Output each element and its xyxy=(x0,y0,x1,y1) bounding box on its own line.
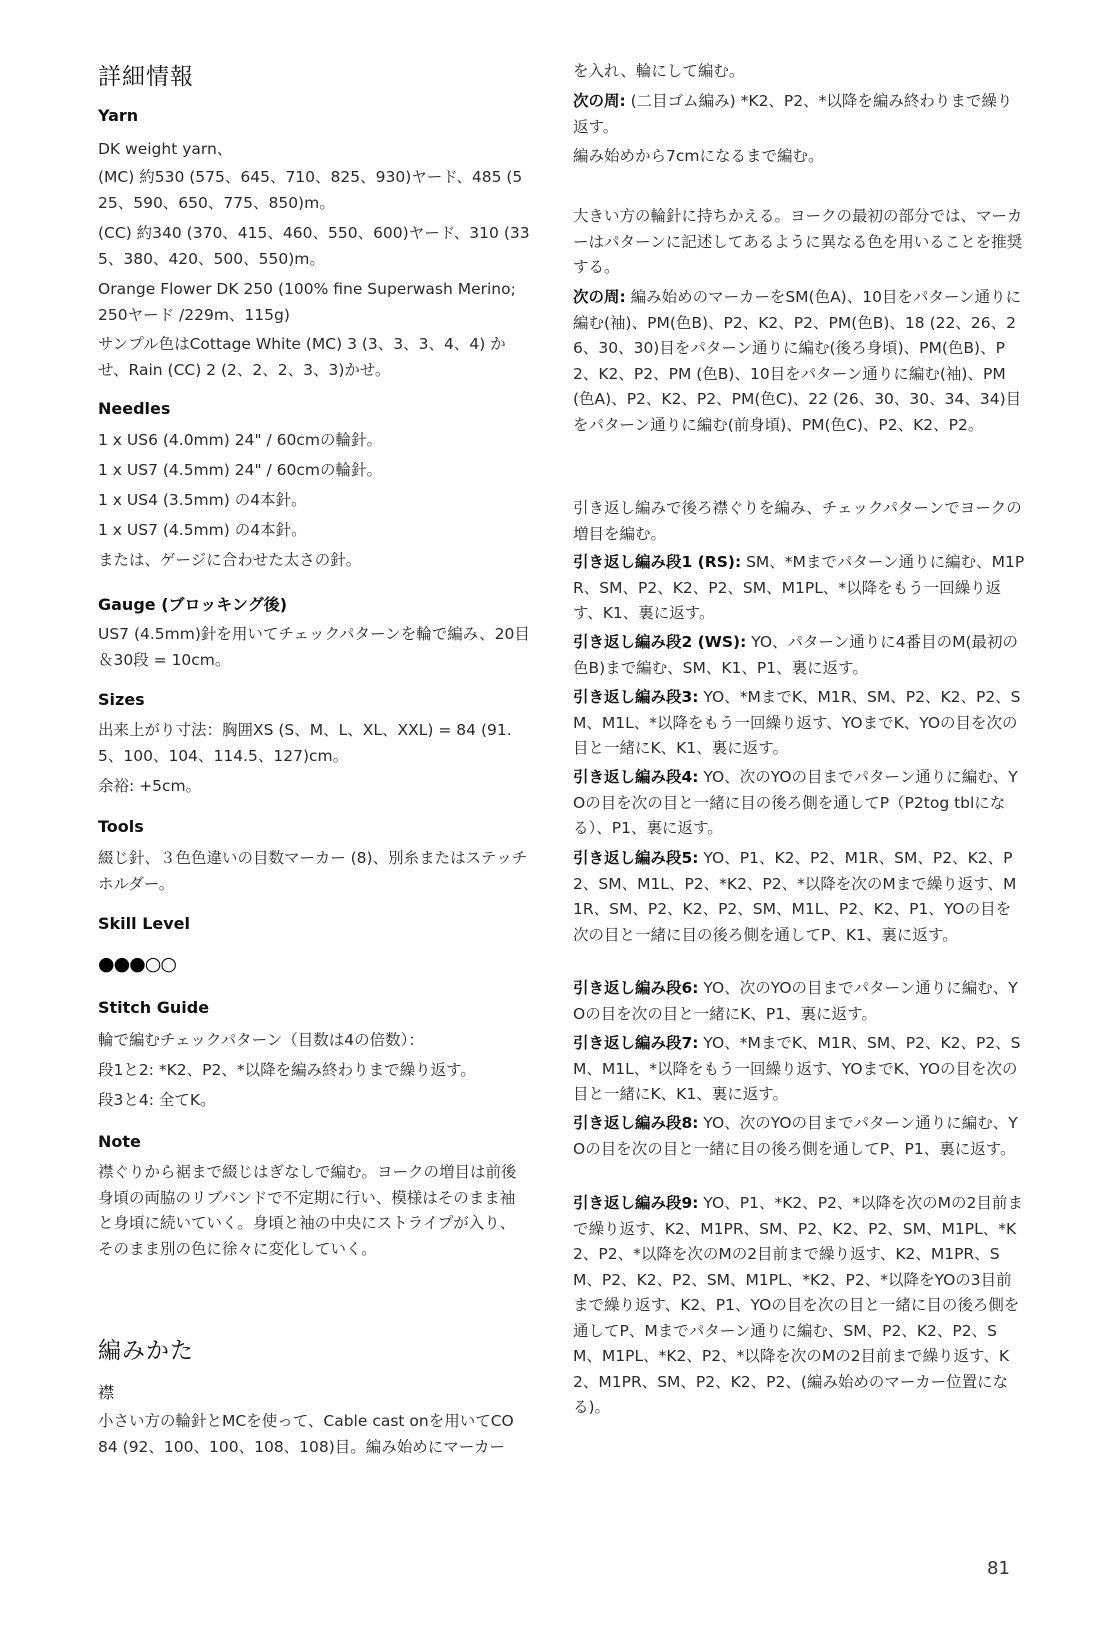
row-label: 引き返し編み段4: xyxy=(573,768,698,786)
tools-line: 綴じ針、３色色違いの目数マーカー (8)、別糸またはステッチホルダー。 xyxy=(98,846,530,897)
yarn-line: (MC) 約530 (575、645、710、825、930)ヤード、485 (… xyxy=(98,165,530,216)
page-number: 81 xyxy=(987,1558,1010,1579)
stitch-guide-line: 段3と4: 全てK。 xyxy=(98,1088,530,1114)
heading-note: Note xyxy=(98,1132,141,1151)
short-rows-intro: 引き返し編みで後ろ襟ぐりを編み、チェックパターンでヨークの増目を編む。 xyxy=(573,496,1025,547)
row-label: 引き返し編み段5: xyxy=(573,849,698,867)
needles-line: または、ゲージに合わせた太さの針。 xyxy=(98,548,530,574)
collar-continued: を入れ、輪にして編む。 xyxy=(573,59,1025,85)
row-label: 引き返し編み段1 (RS): xyxy=(573,553,741,571)
heading-gauge: Gauge (ブロッキング後) xyxy=(98,592,287,615)
row-label: 引き返し編み段9: xyxy=(573,1194,698,1212)
gauge-line: US7 (4.5mm)針を用いてチェックパターンを輪で編み、20目＆30段 = … xyxy=(98,622,530,673)
needles-line: 1 x US7 (4.5mm) 24" / 60cmの輪針。 xyxy=(98,458,530,484)
yarn-line: Orange Flower DK 250 (100% fine Superwas… xyxy=(98,277,530,328)
heading-skill-level: Skill Level xyxy=(98,914,190,933)
next-round-ribbing: 次の周: (二目ゴム編み) *K2、P2、*以降を編み終わりまで繰り返す。 xyxy=(573,89,1025,140)
needles-line: 1 x US4 (3.5mm) の4本針。 xyxy=(98,488,530,514)
heading-collar: 襟 xyxy=(98,1380,114,1403)
row-label: 引き返し編み段3: xyxy=(573,688,698,706)
row-label: 引き返し編み段8: xyxy=(573,1114,698,1132)
next-round-markers: 次の周: 編み始めのマーカーをSM(色A)、10目をパターン通りに編む(袖)、P… xyxy=(573,285,1025,438)
short-row-2: 引き返し編み段2 (WS): YO、パターン通りに4番目のM(最初の色B)まで編… xyxy=(573,630,1025,681)
heading-needles: Needles xyxy=(98,399,170,418)
heading-yarn: Yarn xyxy=(98,106,138,125)
instruction-text: 編み始めのマーカーをSM(色A)、10目をパターン通りに編む(袖)、PM(色B)… xyxy=(573,288,1021,434)
needles-line: 1 x US6 (4.0mm) 24" / 60cmの輪針。 xyxy=(98,428,530,454)
collar-text: 小さい方の輪針とMCを使って、Cable cast onを用いてCO 84 (9… xyxy=(98,1409,526,1460)
stitch-guide-line: 段1と2: *K2、P2、*以降を編み終わりまで繰り返す。 xyxy=(98,1058,530,1084)
section-title-details: 詳細情報 xyxy=(98,58,194,91)
heading-tools: Tools xyxy=(98,817,144,836)
instruction-label: 次の周: xyxy=(573,92,626,110)
instruction-text: (二目ゴム編み) *K2、P2、*以降を編み終わりまで繰り返す。 xyxy=(573,92,1012,136)
instruction-label: 次の周: xyxy=(573,288,626,306)
short-row-3: 引き返し編み段3: YO、*MまでK、M1R、SM、P2、K2、P2、SM、M1… xyxy=(573,685,1025,762)
heading-stitch-guide: Stitch Guide xyxy=(98,998,209,1017)
yarn-line: (CC) 約340 (370、415、460、550、600)ヤード、310 (… xyxy=(98,221,530,272)
short-row-4: 引き返し編み段4: YO、次のYOの目までパターン通りに編む、YOの目を次の目と… xyxy=(573,765,1025,842)
short-row-8: 引き返し編み段8: YO、次のYOの目までパターン通りに編む、YOの目を次の目と… xyxy=(573,1111,1025,1162)
short-row-6: 引き返し編み段6: YO、次のYOの目までパターン通りに編む、YOの目を次の目と… xyxy=(573,976,1025,1027)
short-row-5: 引き返し編み段5: YO、P1、K2、P2、M1R、SM、P2、K2、P2、SM… xyxy=(573,846,1025,948)
stitch-guide-line: 輪で編むチェックパターン（目数は4の倍数）： xyxy=(98,1028,530,1054)
row-label: 引き返し編み段6: xyxy=(573,979,698,997)
yoke-intro: 大きい方の輪針に持ちかえる。ヨークの最初の部分では、マーカーはパターンに記述して… xyxy=(573,204,1025,281)
row-text: YO、P1、*K2、P2、*以降を次のMの2目前まで繰り返す、K2、M1PR、S… xyxy=(573,1194,1023,1416)
yarn-line: サンプル色はCottage White (MC) 3 (3、3、3、4、4) か… xyxy=(98,332,530,383)
sizes-line: 余裕: +5cm。 xyxy=(98,774,530,800)
needles-line: 1 x US7 (4.5mm) の4本針。 xyxy=(98,518,530,544)
knit-length: 編み始めから7cmになるまで編む。 xyxy=(573,144,1025,170)
heading-sizes: Sizes xyxy=(98,690,145,709)
short-row-1: 引き返し編み段1 (RS): SM、*Mまでパターン通りに編む、M1PR、SM、… xyxy=(573,550,1025,627)
note-text: 襟ぐりから裾まで綴じはぎなしで編む。ヨークの増目は前後身頃の両脇のリブバンドで不… xyxy=(98,1160,523,1262)
short-row-7: 引き返し編み段7: YO、*MまでK、M1R、SM、P2、K2、P2、SM、M1… xyxy=(573,1031,1025,1108)
yarn-line: DK weight yarn、 xyxy=(98,137,530,163)
row-label: 引き返し編み段2 (WS): xyxy=(573,633,746,651)
short-row-9: 引き返し編み段9: YO、P1、*K2、P2、*以降を次のMの2目前まで繰り返す… xyxy=(573,1191,1025,1421)
sizes-line: 出来上がり寸法：胸囲XS (S、M、L、XL、XXL) = 84 (91.5、1… xyxy=(98,718,530,769)
section-title-instructions: 編みかた xyxy=(98,1332,194,1365)
row-label: 引き返し編み段7: xyxy=(573,1034,698,1052)
skill-rating-icon: ●●●○○ xyxy=(98,953,176,975)
